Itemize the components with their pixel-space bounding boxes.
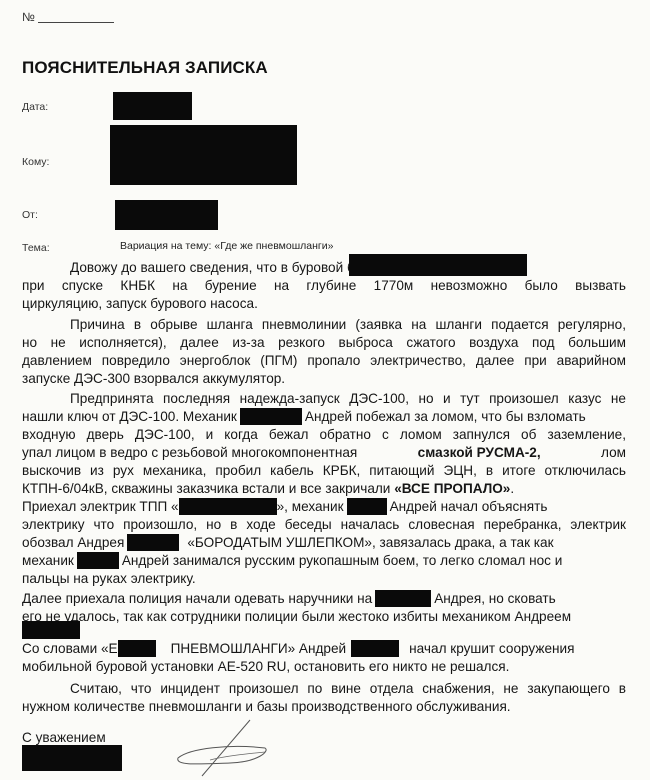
body-line: Со словами «ЕПНЕВМОШЛАНГИ» Андрейначал к… [22, 640, 626, 658]
redacted-mechanic-surname [127, 534, 179, 551]
body-line: мобильной буровой установки АЕ-520 RU, о… [22, 658, 626, 676]
redacted-mechanic-surname [22, 621, 80, 639]
redacted-brigade [349, 254, 527, 276]
topic-value: Вариация на тему: «Где же пневмошланги» [120, 240, 333, 252]
body-line: Причина в обрыве шланга пневмолинии (зая… [22, 316, 626, 334]
body-line: циркуляцию, запуск бурового насоса. [22, 295, 626, 313]
body-line: Считаю, что инцидент произошел по вине о… [22, 680, 626, 698]
redacted-company-name [179, 498, 277, 515]
body-line: Довожу до вашего сведения, что в буровой… [22, 259, 626, 277]
handwritten-signature [170, 718, 280, 778]
body-line: пальцы на руках электрику. [22, 570, 626, 588]
document-number-label: № [22, 10, 35, 24]
redacted-signer-name [22, 745, 122, 771]
date-label: Дата: [22, 101, 48, 113]
body-line: при спуске КНБК на бурение на глубине 17… [22, 277, 626, 295]
body-line: упал лицом в ведро с резьбовой многокомп… [22, 444, 626, 462]
body-line: электрику что произошло, но в ходе бесед… [22, 516, 626, 534]
redacted-mechanic-surname [347, 498, 387, 515]
redacted-mechanic-surname [351, 640, 399, 657]
explanatory-note-document: № ПОЯСНИТЕЛЬНАЯ ЗАПИСКА Дата: Кому: От: … [0, 0, 650, 780]
redacted-mechanic-surname [375, 590, 431, 607]
redacted-sender [115, 200, 218, 230]
body-line: обозвал Андрея«БОРОДАТЫМ УШЛЕПКОМ», завя… [22, 534, 626, 552]
redacted-mechanic-surname [77, 552, 119, 569]
body-line: но не исполняется), далее из-за резкого … [22, 334, 626, 352]
body-line: Предпринята последняя надежда-запуск ДЭС… [22, 390, 626, 408]
body-line: его не удалось, так как сотрудники полиц… [22, 608, 626, 626]
body-line: механикАндрей занимался русским рукопашн… [22, 552, 626, 570]
redacted-mechanic-surname [240, 408, 302, 425]
to-label: Кому: [22, 156, 49, 168]
redacted-word [118, 640, 156, 657]
document-title: ПОЯСНИТЕЛЬНАЯ ЗАПИСКА [22, 58, 268, 78]
body-line: нашли ключ от ДЭС-100. МеханикАндрей поб… [22, 408, 626, 426]
redacted-date [113, 92, 192, 120]
body-line: нужном количестве пневмошланги и базы пр… [22, 698, 626, 716]
body-line: выскочив из рух механика, пробил кабель … [22, 462, 626, 480]
redacted-recipient [110, 125, 297, 185]
body-line: запуске ДЭС-300 взорвался аккумулятор. [22, 370, 626, 388]
from-label: От: [22, 209, 38, 221]
document-number-blank-line [38, 22, 114, 23]
closing-regards: С уважением [22, 730, 106, 745]
topic-label: Тема: [22, 242, 50, 254]
body-line: давлением повредило энергоблок (ПГМ) про… [22, 352, 626, 370]
body-line: входную дверь ДЭС-100, и когда бежал обр… [22, 426, 626, 444]
body-line: Приехал электрик ТПП «», механикАндрей н… [22, 498, 626, 516]
body-line: Далее приехала полиция начали одевать на… [22, 590, 626, 608]
body-line: КТПН-6/04кВ, скважины заказчика встали и… [22, 480, 626, 498]
